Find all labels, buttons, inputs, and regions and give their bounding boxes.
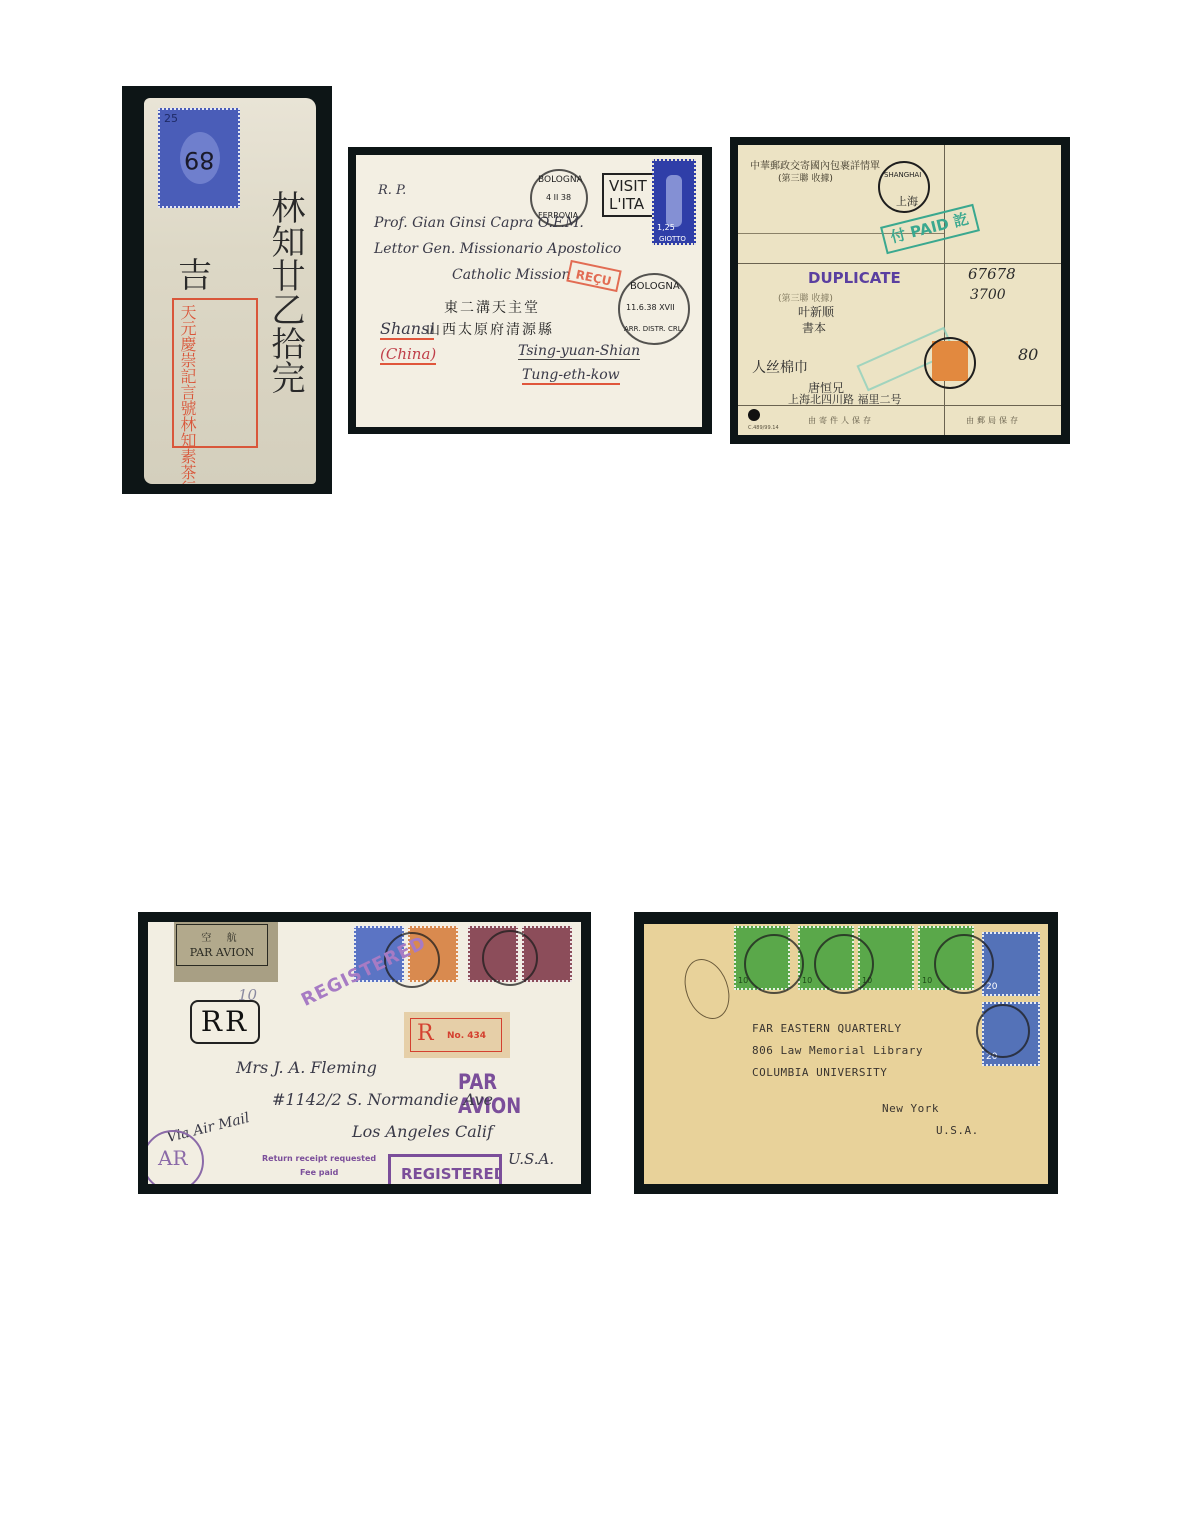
address-line: U.S.A.	[936, 1124, 979, 1137]
red-recu-cachet: REÇU	[566, 260, 621, 292]
envelope-paper: 10 10 10 10 20 20 FAR EASTERN QUARTERLY …	[644, 924, 1048, 1184]
oval-cachet	[677, 953, 738, 1026]
address-vertical: 林知廿乙拾完	[256, 190, 304, 394]
stamp-denomination: 25	[164, 112, 178, 125]
red-chop: 天元慶崇記言號林知素茶行內	[172, 298, 258, 448]
cover-photo-parcel-form: 中華郵政交寄國內包裹詳情單 (第三聯 收據) SHANGHAI 上海 付 PAI…	[730, 137, 1070, 444]
postmark-bologna-arrival: BOLOGNA 11.6.38 XVII ARR. DISTR. CRL.	[618, 273, 690, 345]
punch-hole	[748, 409, 760, 421]
address-line: FAR EASTERN QUARTERLY	[752, 1022, 902, 1035]
envelope-paper: 25 89 林知廿乙拾完 吉 天元慶崇記言號林知素茶行內	[144, 98, 316, 484]
address-line: COLUMBIA UNIVERSITY	[752, 1066, 887, 1079]
postmark-shanghai: SHANGHAI 上海	[878, 161, 930, 213]
cover-photo-italian: BOLOGNA 4 II 38 FERROVIA VISIT L'ITA 1,2…	[348, 147, 712, 434]
cover-photo-registered-airmail: 空 航 PAR AVION 10 RR REGISTERED R No. 434…	[138, 912, 591, 1194]
sender-character: 吉	[178, 248, 212, 297]
envelope-paper: 空 航 PAR AVION 10 RR REGISTERED R No. 434…	[148, 922, 581, 1184]
cover-photo-far-eastern-quarterly: 10 10 10 10 20 20 FAR EASTERN QUARTERLY …	[634, 912, 1058, 1194]
form-paper: 中華郵政交寄國內包裹詳情單 (第三聯 收據) SHANGHAI 上海 付 PAI…	[738, 145, 1061, 435]
form-title-top: 中華郵政交寄國內包裹詳情單	[750, 157, 880, 172]
address-line: New York	[882, 1102, 939, 1115]
stamp-giotto: 1,25 GIOTTO	[652, 159, 696, 245]
postmark-number: 89	[184, 146, 215, 174]
envelope-paper: BOLOGNA 4 II 38 FERROVIA VISIT L'ITA 1,2…	[356, 155, 702, 427]
registered-box: REGISTERED	[388, 1154, 502, 1184]
registration-label: R No. 434	[404, 1012, 510, 1058]
address-line: 806 Law Memorial Library	[752, 1044, 923, 1057]
cover-photo-chinese-vertical: 25 89 林知廿乙拾完 吉 天元慶崇記言號林知素茶行內	[122, 86, 332, 494]
rr-box: RR	[190, 1000, 260, 1044]
duplicate-cachet: DUPLICATE	[808, 269, 901, 287]
